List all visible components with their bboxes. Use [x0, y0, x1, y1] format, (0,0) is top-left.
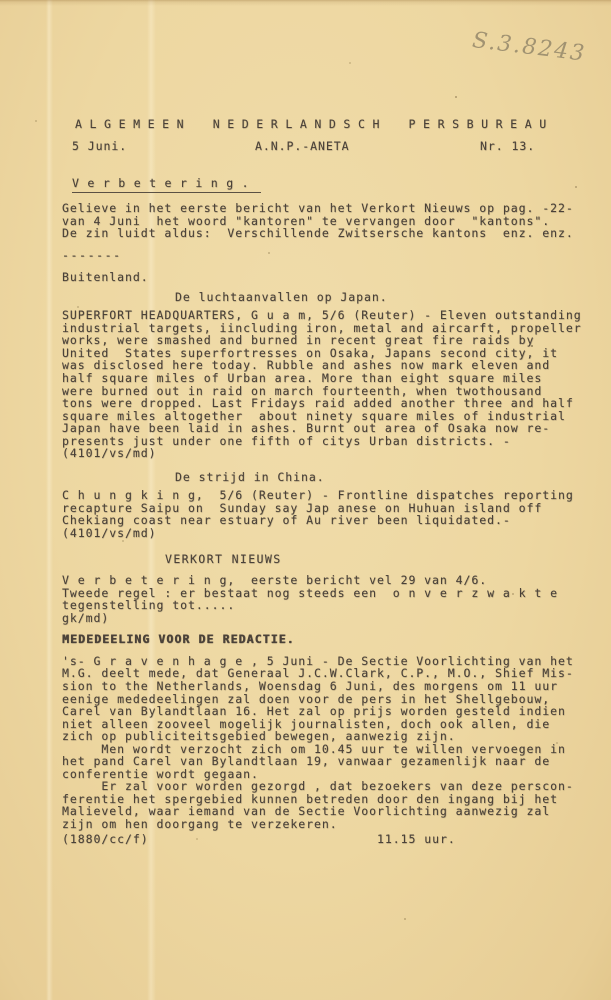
agency-title: ALGEMEEN NEDERLANDSCH PERSBUREAU [75, 118, 602, 131]
japan-subheading: De luchtaanvallen op Japan. [175, 291, 602, 304]
agency-short-label: A.N.P.-ANETA [255, 140, 349, 153]
china-article-body: C h u n g k i n g, 5/6 (Reuter) - Frontl… [62, 489, 602, 539]
japan-article-body: SUPERFORT HEADQUARTERS, G u a m, 5/6 (Re… [62, 309, 602, 460]
mededeeling-heading: MEDEDEELING VOOR DE REDACTIE. [62, 633, 602, 646]
correction-heading: Verbetering. [72, 177, 261, 193]
footer-time: 11.15 uur. [377, 833, 456, 846]
document-content: ALGEMEEN NEDERLANDSCH PERSBUREAU 5 Juni.… [62, 118, 602, 846]
verkort-nieuws-body: V e r b e t e r i n g, eerste bericht ve… [62, 574, 602, 624]
issue-line: 5 Juni. A.N.P.-ANETA Nr. 13. [62, 140, 602, 153]
pencil-annotation: S.3.8243 [471, 28, 587, 67]
issue-number: Nr. 13. [480, 140, 535, 153]
paper-sheet: S.3.8243 ALGEMEEN NEDERLANDSCH PERSBUREA… [0, 0, 611, 1000]
paper-specks [0, 0, 2, 2]
footer-code: (1880/cc/f) [62, 833, 149, 846]
verkort-nieuws-heading: VERKORT NIEUWS [165, 553, 602, 566]
section-divider: ------- [62, 249, 602, 262]
buitenland-heading: Buitenland. [62, 271, 602, 284]
china-subheading: De strijd in China. [175, 471, 602, 484]
issue-date: 5 Juni. [72, 140, 127, 153]
footer-line: (1880/cc/f) 11.15 uur. [62, 833, 602, 846]
correction-body: Gelieve in het eerste bericht van het Ve… [62, 202, 602, 240]
mededeeling-body: 's- G r a v e n h a g e , 5 Juni - De Se… [62, 655, 602, 831]
